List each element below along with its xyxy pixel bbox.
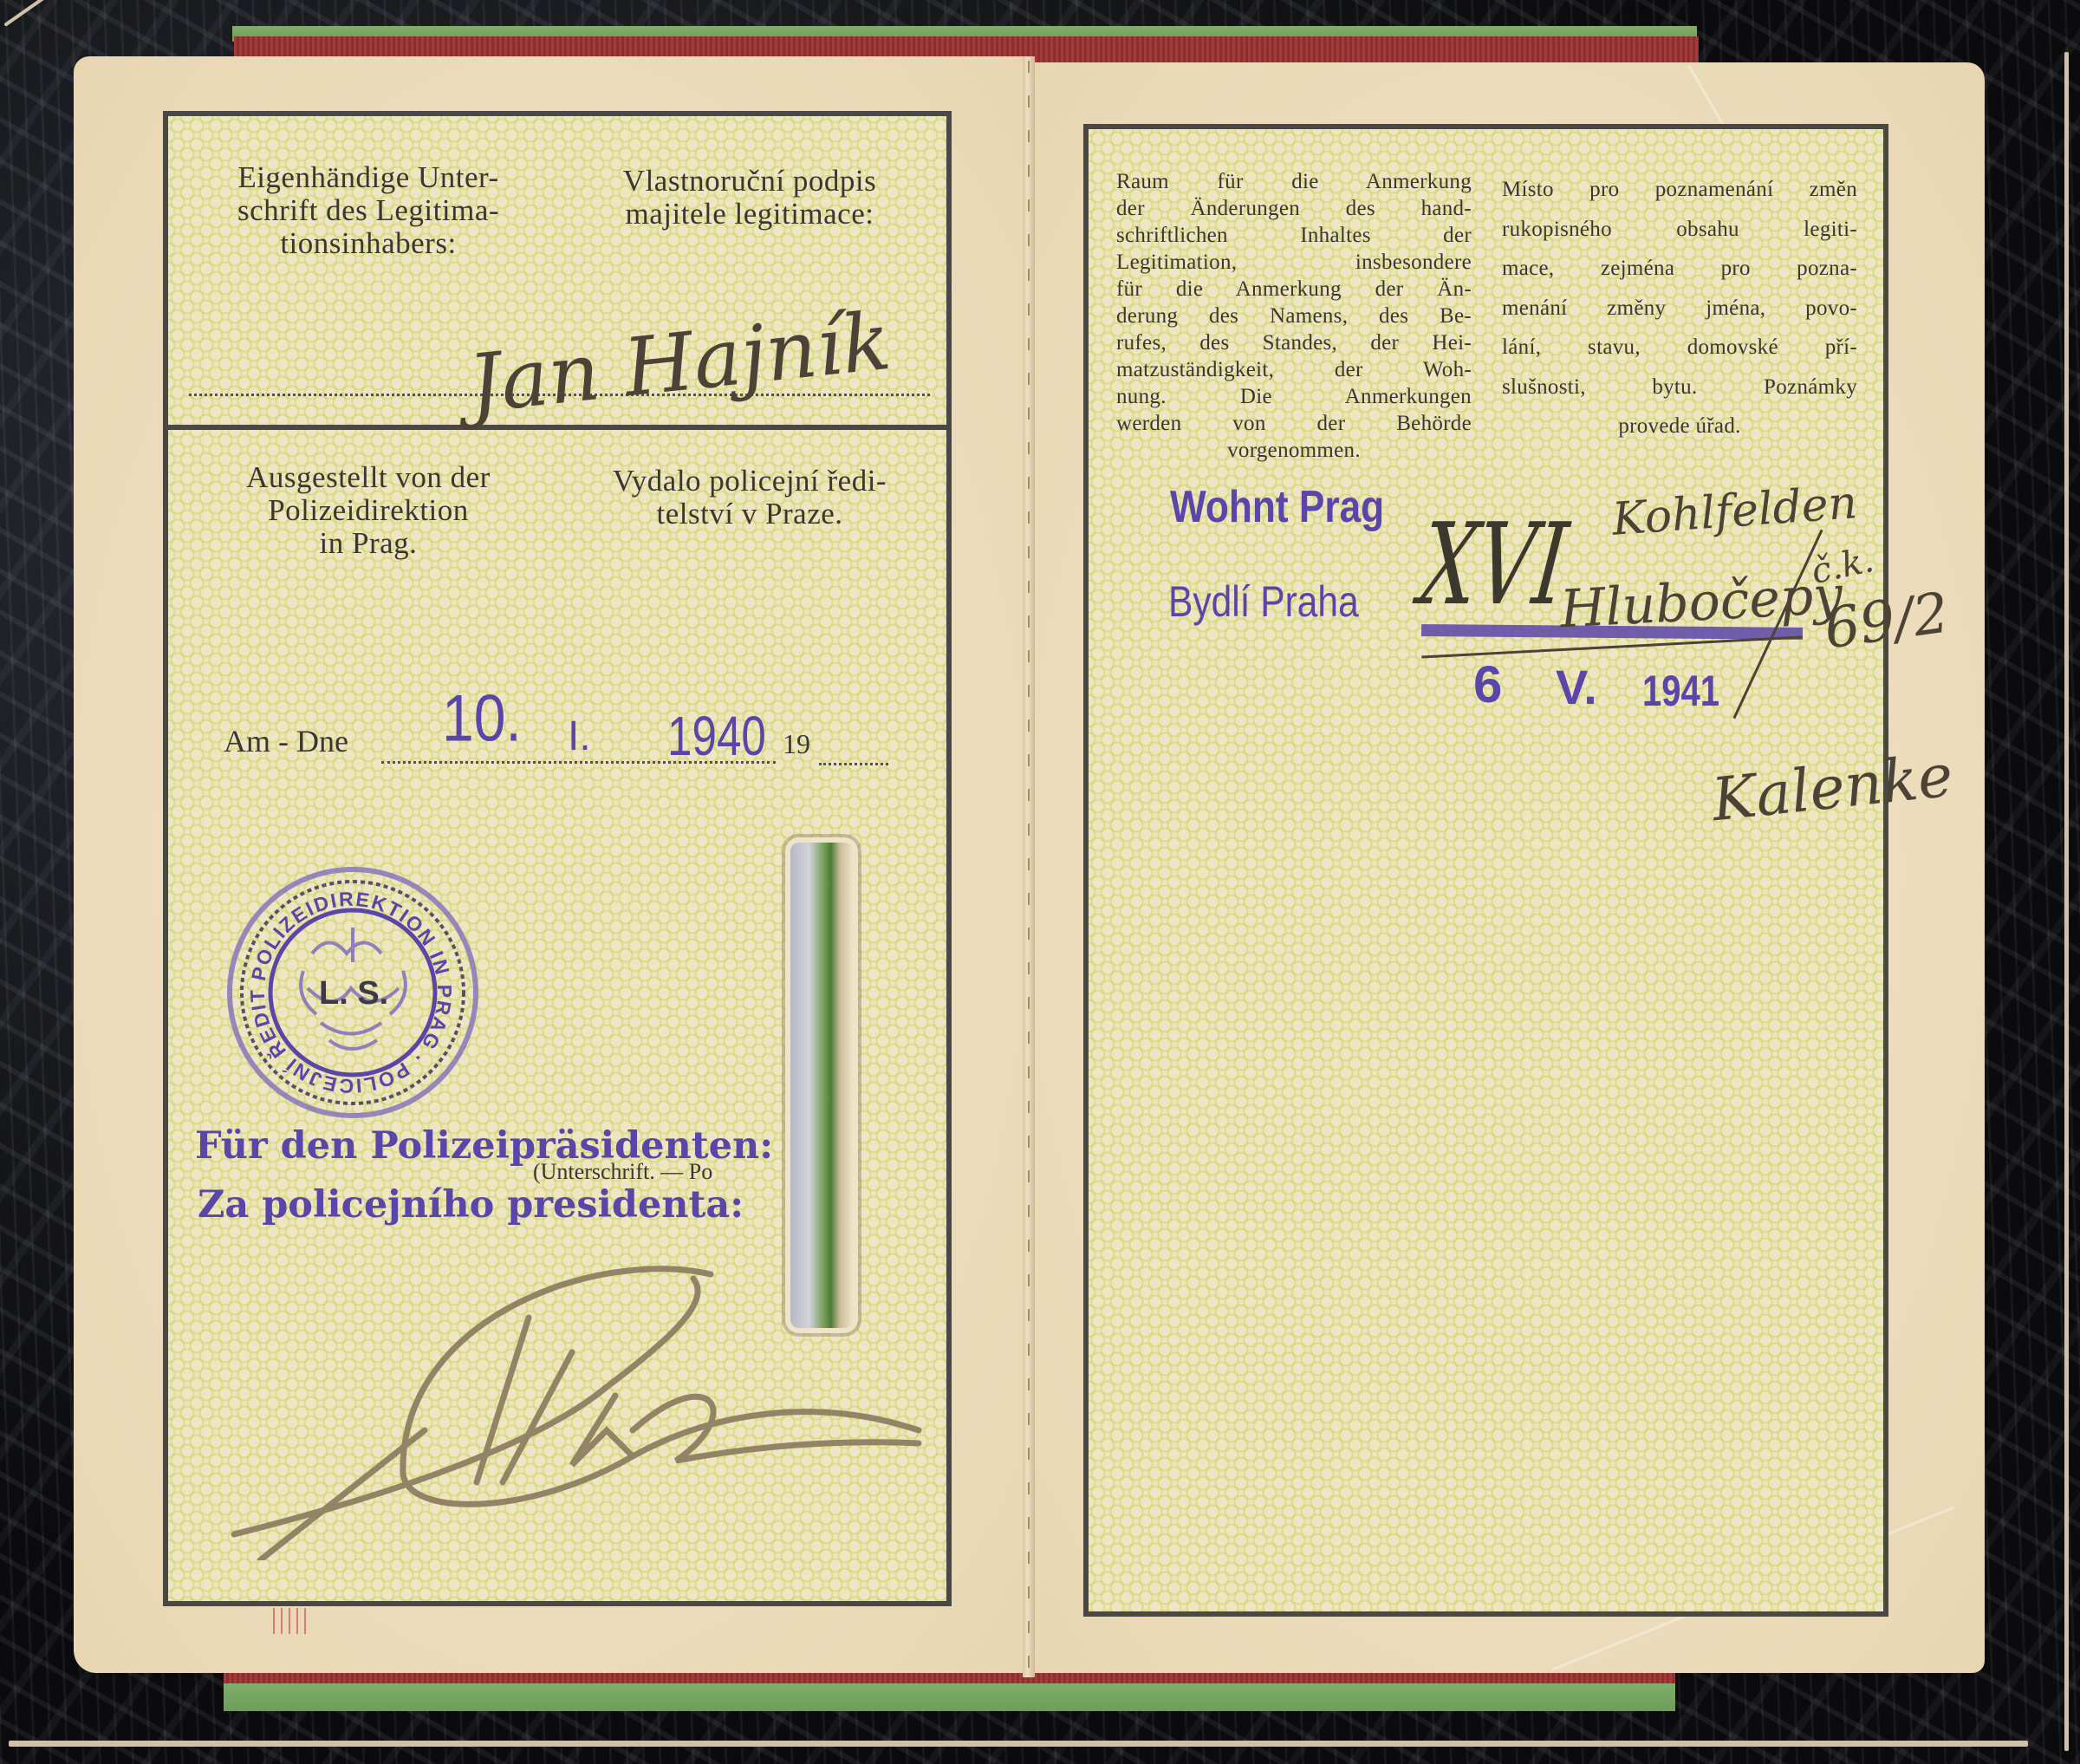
cover-string-right: [2064, 52, 2069, 1751]
label-line: provede úřad.: [1502, 407, 1857, 446]
authority-printed-note: (Unterschrift. — Po: [533, 1159, 712, 1185]
label-line: tionsinhabers:: [182, 227, 555, 260]
year-line: [819, 763, 888, 765]
issue-date-month: I.: [568, 713, 591, 760]
left-frame-divider: [168, 425, 946, 430]
issue-date-day: 10.: [442, 680, 522, 755]
authority-stamp-cs: Za policejního presidenta:: [198, 1183, 744, 1227]
label-line: Legitimation, insbesondere: [1116, 249, 1472, 276]
label-line: menání změny jména, povo-: [1502, 289, 1857, 329]
cover-string-bottom: [9, 1741, 2028, 1747]
notes-label-cs: Místo pro poznamenání změnrukopisného ob…: [1502, 170, 1857, 446]
label-line: nung. Die Anmerkungen: [1116, 383, 1472, 410]
red-ink-marks: [273, 1608, 308, 1634]
residence-date-month: V.: [1556, 659, 1597, 715]
label-line: majitele legitimace:: [563, 198, 936, 231]
signature-label-cs: Vlastnoruční podpis majitele legitimace:: [563, 165, 936, 231]
label-line: slušnosti, bytu. Poznámky: [1502, 368, 1857, 407]
cover-strip-green-bottom: [224, 1683, 1675, 1711]
svg-text:L. S.: L. S.: [319, 975, 388, 1012]
label-line: werden von der Behörde: [1116, 410, 1472, 437]
residence-date-year: 1941: [1642, 666, 1719, 716]
label-line: matzuständigkeit, der Woh-: [1116, 356, 1472, 383]
label-line: Vydalo policejní ředi-: [563, 465, 936, 498]
label-line: derung des Namens, des Be-: [1116, 303, 1472, 329]
label-line: in Prag.: [182, 527, 555, 560]
label-line: rukopisného obsahu legiti-: [1502, 210, 1857, 250]
police-seal-icon: POLIZEIDIREKTION IN PRAG · POLICEJNÍ ŘED…: [217, 858, 490, 1127]
label-line: telství v Praze.: [563, 498, 936, 531]
issue-date-year: 1940: [667, 704, 766, 768]
punched-hole-left: [790, 843, 853, 1328]
label-line: rufes, des Standes, der Hei-: [1116, 329, 1472, 356]
label-line: schriftlichen Inhaltes der: [1116, 222, 1472, 249]
label-line: Místo pro poznamenání změn: [1502, 170, 1857, 210]
label-line: lání, stavu, domovské pří-: [1502, 328, 1857, 368]
residence-date-day: 6: [1473, 654, 1502, 714]
label-line: Ausgestellt von der: [182, 461, 555, 494]
residence-stamp-de: Wohnt Prag: [1170, 481, 1384, 533]
issued-label-de: Ausgestellt von der Polizeidirektion in …: [182, 461, 555, 560]
spine-stitching: [1028, 61, 1030, 1673]
date-label: Am - Dne: [224, 723, 348, 759]
signature-label-de: Eigenhändige Unter- schrift des Legitima…: [182, 161, 555, 260]
residence-stamp-cs: Bydlí Praha: [1168, 576, 1359, 627]
year-prefix: 19: [783, 728, 810, 760]
label-line: Polizeidirektion: [182, 494, 555, 527]
label-line: Vlastnoruční podpis: [563, 165, 936, 198]
issued-label-cs: Vydalo policejní ředi- telství v Praze.: [563, 465, 936, 531]
label-line: schrift des Legitima-: [182, 194, 555, 227]
label-line: für die Anmerkung der Än-: [1116, 276, 1472, 303]
label-line: Eigenhändige Unter-: [182, 161, 555, 194]
label-line: mace, zejména pro pozna-: [1502, 249, 1857, 289]
notes-label-de: Raum für die Anmerkungder Änderungen des…: [1116, 168, 1472, 464]
label-line: vorgenommen.: [1116, 437, 1472, 464]
label-line: der Änderungen des hand-: [1116, 195, 1472, 222]
label-line: Raum für die Anmerkung: [1116, 168, 1472, 195]
